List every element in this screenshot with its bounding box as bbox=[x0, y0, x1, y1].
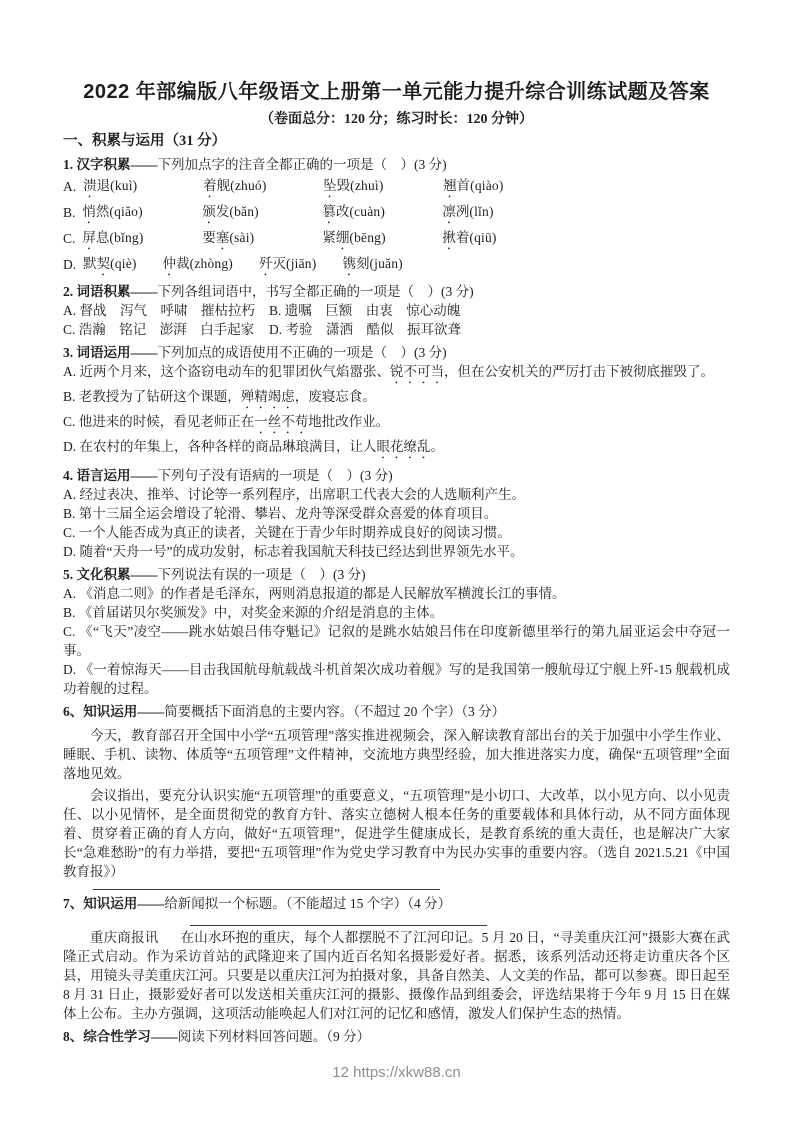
option-text: 《消息二则》的作者是毛泽东，两则消息报道的都是人民解放军横渡长江的事情。 bbox=[80, 586, 566, 601]
word: 悄然(qiǎo) bbox=[82, 200, 194, 227]
option-pre: 在农村的年集上，各种各样的商品琳琅满目，让人 bbox=[80, 439, 377, 454]
question-7: 7、知识运用——给新闻拟一个标题。（不能超过 15 个字）（4 分） 重庆商报讯… bbox=[63, 894, 730, 1023]
option-line: A. 近两个月来，这个盗窃电动车的犯罪团伙气焰嚣张、锐不可当，但在公安机关的严厉… bbox=[63, 362, 730, 387]
word: 着舰(zhuó) bbox=[203, 174, 315, 201]
pinyin: (qiū) bbox=[469, 230, 496, 245]
option-label: D. bbox=[63, 439, 76, 454]
option-line: C. 《“飞天”凌空——跳水姑娘吕伟夺魁记》记叙的是跳水姑娘吕伟在印度新德里举行… bbox=[63, 622, 730, 660]
stem-text: 下列句子没有语病的一项是（ ）(3 分) bbox=[158, 468, 393, 483]
dotted-char: 契 bbox=[97, 256, 111, 271]
dotted-char: 翘 bbox=[443, 178, 457, 193]
question-stem: 3. 词语运用——下列加点的成语使用不正确的一项是（ ）(3 分) bbox=[63, 343, 730, 362]
option-text: 《一着惊海天——目击我国航母航载战斗机首架次成功着舰》写的是我国第一艘航母辽宁舰… bbox=[63, 662, 730, 696]
word: 坠毁(zhuì) bbox=[323, 174, 435, 201]
option-text: 《首届诺贝尔奖颁发》中，对奖金来源的介绍是消息的主体。 bbox=[79, 605, 444, 620]
option-row: C. 屏息(bǐng) 要塞(sài) 紧绷(bēng) 揪着(qiū) bbox=[63, 226, 730, 252]
news-source: 重庆商报讯 bbox=[90, 930, 158, 945]
stem-category: 5. 文化积累—— bbox=[63, 567, 158, 582]
pinyin: (kuì) bbox=[110, 178, 137, 193]
word-rest: 息 bbox=[96, 230, 110, 245]
option-label: D. bbox=[63, 544, 76, 559]
stem-text: 阅读下列材料回答问题。（9 分） bbox=[178, 1029, 370, 1044]
question-stem: 6、知识运用——简要概括下面消息的主要内容。（不超过 20 个字）（3 分） bbox=[63, 702, 730, 721]
news-paragraph: 会议指出，要充分认识实施“五项管理”的重要意义，“五项管理”是小切口、大改革，以… bbox=[63, 786, 730, 881]
option-line: D. 《一着惊海天——目击我国航母航载战斗机首架次成功着舰》写的是我国第一艘航母… bbox=[63, 660, 730, 698]
option-label: A. bbox=[63, 364, 76, 379]
dotted-char: 坠 bbox=[323, 178, 337, 193]
question-4: 4. 语言运用——下列句子没有语病的一项是（ ）(3 分) A. 经过表决、推举… bbox=[63, 466, 730, 561]
question-5: 5. 文化积累——下列说法有误的一项是（ ）(3 分) A. 《消息二则》的作者… bbox=[63, 565, 730, 698]
question-3: 3. 词语运用——下列加点的成语使用不正确的一项是（ ）(3 分) A. 近两个… bbox=[63, 343, 730, 462]
option-label: A. bbox=[63, 586, 76, 601]
option-line: B. 《首届诺贝尔奖颁发》中，对奖金来源的介绍是消息的主体。 bbox=[63, 603, 730, 622]
dotted-char: 镌 bbox=[342, 256, 356, 271]
word-pre: 默 bbox=[83, 256, 97, 271]
question-1: 1. 汉字积累——下列加点字的注音全都正确的一项是（ ）(3 分) A. 溃退(… bbox=[63, 155, 730, 278]
option-line: A. 《消息二则》的作者是毛泽东，两则消息报道的都是人民解放军横渡长江的事情。 bbox=[63, 584, 730, 603]
dotted-char: 篡 bbox=[322, 204, 336, 219]
word-rest: 退 bbox=[97, 178, 111, 193]
word: 溃退(kuì) bbox=[83, 174, 195, 201]
option-line: C. 一个人能否成为真正的读者，关键在于青少年时期养成良好的阅读习惯。 bbox=[63, 523, 730, 542]
news-paragraph: 今天，教育部召开全国中小学“五项管理”落实推进视频会，深入解读教育部出台的关于加… bbox=[63, 726, 730, 783]
pinyin: (bǎn) bbox=[229, 204, 258, 219]
pinyin: (cuàn) bbox=[349, 204, 385, 219]
option-line: D. 在农村的年集上，各种各样的商品琳琅满目，让人眼花缭乱。 bbox=[63, 437, 730, 462]
word: 翘首(qiào) bbox=[443, 174, 555, 201]
option-row: B. 悄然(qiǎo) 颁发(bǎn) 篡改(cuàn) 凛冽(lǐn) bbox=[63, 200, 730, 226]
option-label: C. bbox=[63, 525, 75, 540]
dotted-char: 仲 bbox=[163, 256, 177, 271]
option-group: C. 浩瀚 铭记 澎湃 白手起家 bbox=[63, 320, 269, 339]
option-group: A. 督战 泻气 呼啸 摧枯拉朽 bbox=[63, 301, 269, 320]
option-line: B. 老教授为了钻研这个课题，殚精竭虑，废寝忘食。 bbox=[63, 387, 730, 412]
word-rest: 舰 bbox=[217, 178, 231, 193]
section-heading: 一、积累与运用（31 分） bbox=[63, 132, 730, 151]
pinyin: (juǎn) bbox=[369, 256, 402, 271]
option-group: D. 考验 潇洒 酷似 振耳欲聋 bbox=[269, 320, 461, 339]
word: 默契(qiè) bbox=[83, 252, 136, 279]
question-6: 6、知识运用——简要概括下面消息的主要内容。（不超过 20 个字）（3 分） 今… bbox=[63, 702, 730, 890]
option-post: 。 bbox=[431, 439, 445, 454]
dotted-char: 塞 bbox=[216, 230, 230, 245]
word-rest: 发 bbox=[216, 204, 230, 219]
option-group: B. 遗嘱 巨额 由衷 惊心动魄 bbox=[269, 301, 460, 320]
option-row: D. 默契(qiè) 仲裁(zhòng) 歼灭(jiān) 镌刻(juǎn) bbox=[63, 252, 730, 278]
word: 凛冽(lǐn) bbox=[442, 200, 554, 227]
option-label: A. bbox=[63, 179, 76, 195]
dotted-char: 屏 bbox=[82, 230, 96, 245]
dotted-char: 颁 bbox=[202, 204, 216, 219]
word-rest: 着 bbox=[456, 230, 470, 245]
pinyin: (bēng) bbox=[349, 230, 385, 245]
pinyin: (sài) bbox=[229, 230, 254, 245]
word: 歼灭(jiān) bbox=[259, 252, 316, 279]
option-text: 第十三届全运会增设了轮滑、攀岩、龙舟等深受群众喜爱的体育项目。 bbox=[79, 506, 498, 521]
stem-category: 6、知识运用—— bbox=[63, 704, 164, 719]
option-label: D. bbox=[63, 662, 76, 677]
option-post: ，但在公安机关的严厉打击下被彻底摧毁了。 bbox=[444, 364, 714, 379]
question-stem: 2. 词语积累——下列各组词语中，书写全都正确的一项是（ ）(3 分) bbox=[63, 282, 730, 301]
dotted-idiom: 殚精竭虑 bbox=[241, 389, 295, 404]
question-stem: 4. 语言运用——下列句子没有语病的一项是（ ）(3 分) bbox=[63, 466, 730, 485]
stem-category: 1. 汉字积累—— bbox=[63, 157, 158, 172]
option-label: B. bbox=[63, 205, 75, 221]
option-label: B. bbox=[63, 605, 75, 620]
word: 镌刻(juǎn) bbox=[342, 252, 402, 279]
option-pre: 老教授为了钻研这个课题， bbox=[79, 389, 241, 404]
option-row: A. 溃退(kuì) 着舰(zhuó) 坠毁(zhuì) 翘首(qiào) bbox=[63, 174, 730, 200]
question-2: 2. 词语积累——下列各组词语中，书写全都正确的一项是（ ）(3 分) A. 督… bbox=[63, 282, 730, 339]
word-rest: 然 bbox=[96, 204, 110, 219]
stem-text: 下列各组词语中，书写全都正确的一项是（ ）(3 分) bbox=[158, 284, 474, 299]
dotted-idiom: 一丝不苟 bbox=[254, 414, 308, 429]
option-text: 《“飞天”凌空——跳水姑娘吕伟夺魁记》记叙的是跳水姑娘吕伟在印度新德里举行的第九… bbox=[63, 624, 730, 658]
question-stem: 7、知识运用——给新闻拟一个标题。（不能超过 15 个字）（4 分） bbox=[63, 894, 730, 913]
dotted-idiom: 眼花缭乱 bbox=[377, 439, 431, 454]
option-label: C. bbox=[63, 414, 75, 429]
word-pre: 要 bbox=[202, 230, 216, 245]
word: 要塞(sài) bbox=[202, 226, 314, 253]
word-rest: 毁 bbox=[337, 178, 351, 193]
dotted-char: 揪 bbox=[442, 230, 456, 245]
dotted-char: 凛 bbox=[442, 204, 456, 219]
pinyin: (bǐng) bbox=[109, 230, 143, 245]
news-body: 在山水环抱的重庆，每个人都摆脱不了江河印记。5 月 20 日，“寻美重庆江河”摄… bbox=[63, 930, 730, 1021]
stem-category: 8、综合性学习—— bbox=[63, 1029, 178, 1044]
option-label: A. bbox=[63, 487, 76, 502]
option-text: 随着“天舟一号”的成功发射，标志着我国航天科技已经达到世界领先水平。 bbox=[80, 544, 524, 559]
word: 篡改(cuàn) bbox=[322, 200, 434, 227]
stem-text: 下列说法有误的一项是（ ）(3 分) bbox=[158, 567, 366, 582]
stem-text: 下列加点字的注音全都正确的一项是（ ）(3 分) bbox=[158, 157, 447, 172]
stem-category: 4. 语言运用—— bbox=[63, 468, 158, 483]
pinyin: (lǐn) bbox=[469, 204, 493, 219]
word-rest: 改 bbox=[336, 204, 350, 219]
word-rest: 灭 bbox=[273, 256, 287, 271]
option-row: C. 浩瀚 铭记 澎湃 白手起家 D. 考验 潇洒 酷似 振耳欲聋 bbox=[63, 320, 730, 339]
dotted-char: 溃 bbox=[83, 178, 97, 193]
dotted-idiom: 锐不可当 bbox=[390, 364, 444, 379]
option-line: B. 第十三届全运会增设了轮滑、攀岩、龙舟等深受群众喜爱的体育项目。 bbox=[63, 504, 730, 523]
dotted-char: 绷 bbox=[336, 230, 350, 245]
dotted-char: 歼 bbox=[259, 256, 273, 271]
answer-blank-line bbox=[190, 925, 487, 926]
word-rest: 裁 bbox=[176, 256, 190, 271]
exam-page: 2022 年部编版八年级语文上册第一单元能力提升综合训练试题及答案 （卷面总分：… bbox=[0, 0, 793, 1046]
word: 紧绷(bēng) bbox=[322, 226, 434, 253]
option-text: 经过表决、推举、讨论等一系列程序，出席职工代表大会的人选顺利产生。 bbox=[80, 487, 526, 502]
pinyin: (qiào) bbox=[470, 178, 503, 193]
doc-title: 2022 年部编版八年级语文上册第一单元能力提升综合训练试题及答案 bbox=[63, 80, 730, 104]
word: 颁发(bǎn) bbox=[202, 200, 314, 227]
pinyin: (qiè) bbox=[110, 256, 136, 271]
stem-category: 2. 词语积累—— bbox=[63, 284, 158, 299]
word: 揪着(qiū) bbox=[442, 226, 554, 253]
dotted-char: 着 bbox=[203, 178, 217, 193]
word-rest: 首 bbox=[457, 178, 471, 193]
option-pre: 近两个月来，这个盗窃电动车的犯罪团伙气焰嚣张、 bbox=[80, 364, 391, 379]
stem-category: 7、知识运用—— bbox=[63, 896, 164, 911]
option-label: B. bbox=[63, 506, 75, 521]
option-line: D. 随着“天舟一号”的成功发射，标志着我国航天科技已经达到世界领先水平。 bbox=[63, 542, 730, 561]
option-label: C. bbox=[63, 624, 75, 639]
stem-category: 3. 词语运用—— bbox=[63, 345, 158, 360]
word: 仲裁(zhòng) bbox=[163, 252, 233, 279]
dotted-char: 悄 bbox=[82, 204, 96, 219]
stem-text: 给新闻拟一个标题。（不能超过 15 个字）（4 分） bbox=[164, 896, 451, 911]
question-stem: 1. 汉字积累——下列加点字的注音全都正确的一项是（ ）(3 分) bbox=[63, 155, 730, 174]
stem-text: 简要概括下面消息的主要内容。（不超过 20 个字）（3 分） bbox=[164, 704, 505, 719]
option-text: 一个人能否成为真正的读者，关键在于青少年时期养成良好的阅读习惯。 bbox=[79, 525, 511, 540]
option-label: C. bbox=[63, 231, 75, 247]
doc-subtitle: （卷面总分：120 分；练习时长：120 分钟） bbox=[63, 110, 730, 129]
pinyin: (jiān) bbox=[286, 256, 316, 271]
option-post: 地批改作业。 bbox=[308, 414, 389, 429]
option-post: ，废寝忘食。 bbox=[295, 389, 376, 404]
option-line: C. 他进来的时候，看见老师正在一丝不苟地批改作业。 bbox=[63, 412, 730, 437]
option-label: D. bbox=[63, 257, 76, 273]
question-stem: 8、综合性学习——阅读下列材料回答问题。（9 分） bbox=[63, 1027, 730, 1046]
stem-text: 下列加点的成语使用不正确的一项是（ ）(3 分) bbox=[158, 345, 447, 360]
option-row: A. 督战 泻气 呼啸 摧枯拉朽 B. 遗嘱 巨额 由衷 惊心动魄 bbox=[63, 301, 730, 320]
pinyin: (zhòng) bbox=[190, 256, 233, 271]
pinyin: (zhuó) bbox=[230, 178, 266, 193]
question-8: 8、综合性学习——阅读下列材料回答问题。（9 分） bbox=[63, 1027, 730, 1046]
word-rest: 冽 bbox=[456, 204, 470, 219]
question-stem: 5. 文化积累——下列说法有误的一项是（ ）(3 分) bbox=[63, 565, 730, 584]
option-line: A. 经过表决、推举、讨论等一系列程序，出席职工代表大会的人选顺利产生。 bbox=[63, 485, 730, 504]
option-label: B. bbox=[63, 389, 75, 404]
option-pre: 他进来的时候，看见老师正在 bbox=[79, 414, 255, 429]
pinyin: (zhuì) bbox=[350, 178, 383, 193]
word-rest: 刻 bbox=[356, 256, 370, 271]
answer-blank-line bbox=[93, 889, 440, 890]
word-pre: 紧 bbox=[322, 230, 336, 245]
page-footer: 12 https://xkw88.cn bbox=[0, 1064, 793, 1081]
word: 屏息(bǐng) bbox=[82, 226, 194, 253]
pinyin: (qiǎo) bbox=[109, 204, 142, 219]
news-paragraph: 重庆商报讯在山水环抱的重庆，每个人都摆脱不了江河印记。5 月 20 日，“寻美重… bbox=[63, 928, 730, 1023]
